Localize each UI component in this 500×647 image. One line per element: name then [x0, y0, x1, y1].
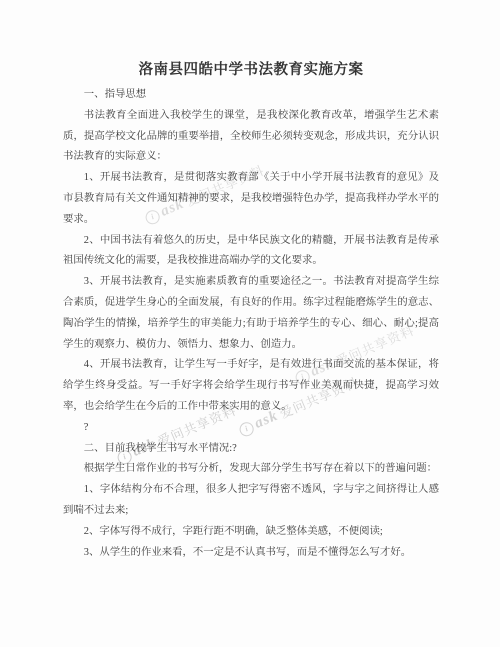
paragraph: 4、开展书法教育，让学生写一手好字，是有效进行书面交流的基本保证，将给学生终身受…	[63, 355, 439, 417]
paragraph: 3、开展书法教育，是实施素质教育的重要途径之一。书法教育对提高学生综合素质，促进…	[63, 272, 439, 355]
paragraph: 书法教育全面进入我校学生的课堂，是我校深化教育改革，增强学生艺术素质，提高学校文…	[63, 106, 439, 168]
document-body: 洛南县四皓中学书法教育实施方案 一、指导思想 书法教育全面进入我校学生的课堂，是…	[63, 60, 439, 563]
paragraph: ?	[63, 418, 439, 439]
document-page: i ask 爱问共享资料 i ask 爱问共享资料 i ask 爱问共享资料 i…	[0, 0, 500, 647]
paragraph: 3、从学生的作业来看，不一定是不认真书写，而是不懂得怎么写才好。	[63, 543, 439, 564]
paragraph: 2、字体写得不成行，字距行距不明确，缺乏整体美感，不便阅读;	[63, 522, 439, 543]
paragraph: 1、字体结构分布不合理，很多人把字写得密不透风，字与字之间挤得让人感到喘不过去来…	[63, 480, 439, 522]
paragraph: 1、开展书法教育，是贯彻落实教育部《关于中小学开展书法教育的意见》及市县教育局有…	[63, 168, 439, 230]
section-heading-2: 二、目前我校学生书写水平情况:?	[63, 439, 439, 460]
section-heading-1: 一、指导思想	[63, 85, 439, 106]
paragraph: 2、中国书法有着悠久的历史，是中华民族文化的精髓，开展书法教育是传承祖国传统文化…	[63, 231, 439, 273]
document-title: 洛南县四皓中学书法教育实施方案	[63, 60, 439, 80]
paragraph: 根据学生日常作业的书写分析，发现大部分学生书写存在着以下的普遍问题：	[63, 459, 439, 480]
